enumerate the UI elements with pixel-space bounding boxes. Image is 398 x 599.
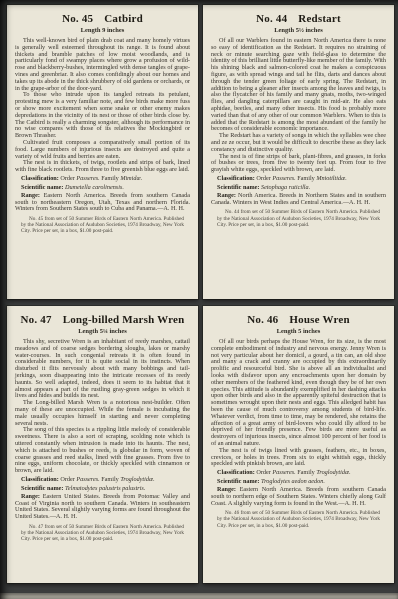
paragraph: Cultivated fruit composes a comparativel… [15,140,190,160]
range-text: Eastern United States. Breeds from Potom… [15,493,190,520]
family-name: Troglodytidæ. [316,469,350,476]
family-name: Troglodytidæ. [120,476,154,483]
classification-label: Classification: [21,175,59,182]
paragraph: The song of this species is a rippling l… [15,427,190,475]
family-word: Family [101,175,119,182]
classification-label: Classification: [217,175,255,182]
card-no-46-house-wren: No. 46House Wren Length 5 inches Of all … [203,306,394,583]
scientific-label: Scientific name: [217,478,259,485]
family-name: Mniotiltidæ. [316,175,346,182]
scientific-name-line: Scientific name: Telmatodytes palustris … [15,486,190,493]
paragraph: This shy, secretive Wren is an inhabitan… [15,339,190,400]
scientific-name-line: Scientific name: Troglodytes aedon aedon… [211,479,386,486]
scientific-name-line: Scientific name: Dumetella carolinensis. [15,185,190,192]
card-bird-name: House Wren [289,314,349,326]
card-number: No. 46 [247,314,278,326]
classification-label: Classification: [217,469,255,476]
card-no-47-long-billed-marsh-wren: No. 47Long-billed Marsh Wren Length 5¼ i… [7,306,198,583]
family-word: Family [297,469,315,476]
classification-line: Classification: Order Passeres. Family T… [15,477,190,484]
order-word: Order [256,469,270,476]
scanned-card-sheet: { "page": { "background": "#3b3d3d", "ca… [0,0,398,599]
family-word: Family [101,476,119,483]
scientific-label: Scientific name: [21,485,63,492]
range-text: North America. Breeds in Northern States… [211,192,386,206]
order-name: Passeres. [76,476,99,483]
card-number: No. 47 [21,314,52,326]
classification-label: Classification: [21,476,59,483]
scientific-name: Troglodytes aedon aedon. [261,478,325,485]
paragraph: This well-known bird of plain drab coat … [15,38,190,92]
card-number: No. 45 [62,13,93,25]
order-name: Passeres. [272,469,295,476]
scientific-name-line: Scientific name: Setophaga ruticilla. [211,185,386,192]
classification-line: Classification: Order Passeres. Family T… [211,470,386,477]
range-line: Range: Eastern North America. Breeds fro… [211,487,386,507]
card-title: No. 47Long-billed Marsh Wren [15,314,190,326]
card-number: No. 44 [256,13,287,25]
card-title: No. 45Catbird [15,13,190,25]
paragraph: To those who intrude upon its tangled re… [15,92,190,140]
paragraph: Of all our birds perhaps the House Wren,… [211,339,386,448]
card-title: No. 46House Wren [211,314,386,326]
paragraph: The Long-billed Marsh Wren is a notoriou… [15,400,190,427]
classification-line: Classification: Order Passeres. Family M… [211,176,386,183]
range-line: Range: Eastern United States. Breeds fro… [15,494,190,520]
publisher-footnote: No. 46 from set of 50 Summer Birds of Ea… [211,510,386,529]
family-name: Mimidæ. [120,175,142,182]
scientific-label: Scientific name: [217,184,259,191]
paragraph: The nest is of fine strips of bark, plan… [211,154,386,174]
paragraph: The nest is in thickets, of twigs, rootl… [15,160,190,174]
length-subtitle: Length 9 inches [15,27,190,34]
length-subtitle: Length 5 inches [211,328,386,335]
publisher-footnote: No. 47 from set of 50 Summer Birds of Ea… [15,524,190,543]
range-line: Range: North America. Breeds in Northern… [211,193,386,206]
range-text: Eastern North America. Breeds from south… [15,192,190,212]
range-text: Eastern North America. Breeds from south… [211,486,386,506]
scientific-name: Setophaga ruticilla. [261,184,310,191]
order-word: Order [60,476,74,483]
order-word: Order [256,175,270,182]
scientific-label: Scientific name: [21,184,63,191]
family-word: Family [297,175,315,182]
card-no-45-catbird: No. 45Catbird Length 9 inches This well-… [7,5,198,299]
card-title: No. 44Redstart [211,13,386,25]
card-bird-name: Long-billed Marsh Wren [63,314,185,326]
order-word: Order [60,175,74,182]
paragraph: The Redstart has a variety of songs in w… [211,133,386,153]
card-bird-name: Redstart [298,13,341,25]
publisher-footnote: No. 45 from set of 50 Summer Birds of Ea… [15,216,190,235]
order-name: Passeres. [272,175,295,182]
order-name: Passeres. [76,175,99,182]
scientific-name: Dumetella carolinensis. [65,184,124,191]
paragraph: The nest is of twigs lined with grasses,… [211,448,386,468]
scientific-name: Telmatodytes palustris palustris. [65,485,145,492]
card-no-44-redstart: No. 44Redstart Length 5½ inches Of all o… [203,5,394,299]
classification-line: Classification: Order Passeres. Family M… [15,176,190,183]
range-line: Range: Eastern North America. Breeds fro… [15,193,190,213]
length-subtitle: Length 5½ inches [211,27,386,34]
paragraph: Of all our Warblers found in eastern Nor… [211,38,386,133]
scan-backing-edge [0,593,398,599]
length-subtitle: Length 5¼ inches [15,328,190,335]
card-bird-name: Catbird [104,13,143,25]
publisher-footnote: No. 44 from set of 50 Summer Birds of Ea… [211,209,386,228]
